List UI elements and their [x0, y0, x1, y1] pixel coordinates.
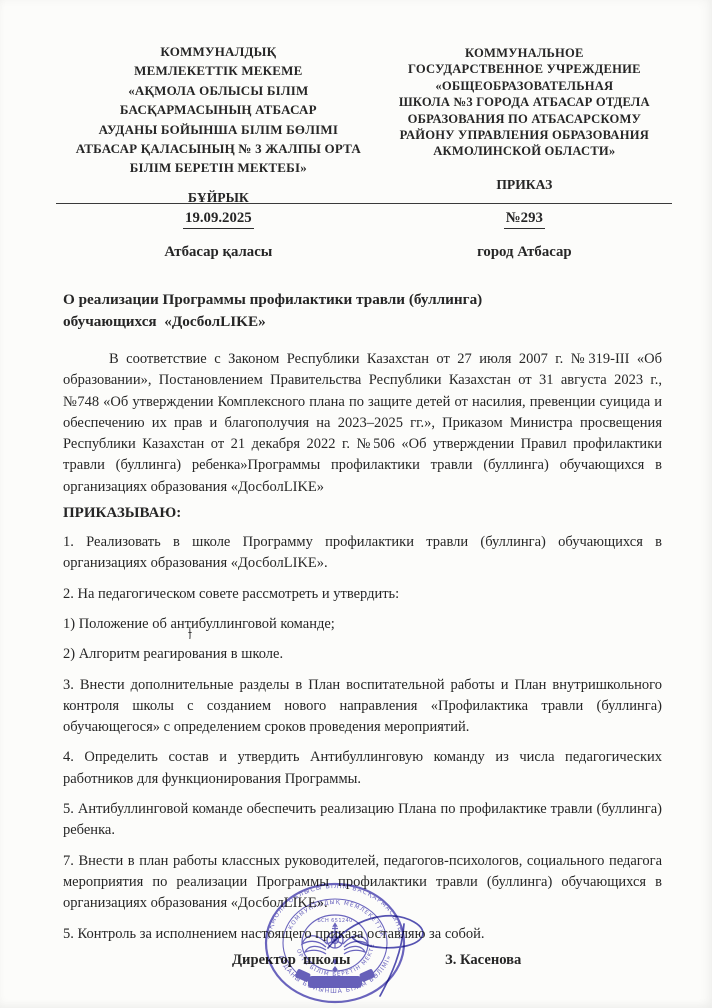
city-row: Атбасар қаласы город Атбасар — [0, 244, 712, 261]
order-item: 2) Алгоритм реагирования в школе. — [63, 644, 662, 665]
document-header: КОММУНАЛДЫҚ МЕМЛЕКЕТТІК МЕКЕМЕ «АҚМОЛА О… — [0, 42, 712, 203]
city-kazakh: Атбасар қаласы — [56, 244, 381, 261]
order-date-cell: 19.09.2025 — [56, 209, 381, 229]
doc-type-kazakh: БҰЙРЫК — [56, 190, 381, 206]
order-date: 19.09.2025 — [183, 210, 254, 229]
order-item: 4. Определить состав и утвердить Антибул… — [63, 747, 662, 790]
order-item: 5. Антибуллинговой команде обеспечить ре… — [63, 799, 662, 842]
order-item: 1) Положение об антибуллинговой команде; — [63, 614, 662, 635]
header-left-column: КОММУНАЛДЫҚ МЕМЛЕКЕТТІК МЕКЕМЕ «АҚМОЛА О… — [56, 42, 381, 203]
org-name-russian: КОММУНАЛЬНОЕ ГОСУДАРСТВЕННОЕ УЧРЕЖДЕНИЕ … — [381, 45, 668, 160]
order-number-cell: №293 — [381, 209, 668, 229]
doc-type-russian: ПРИКАЗ — [381, 177, 668, 193]
city-russian: город Атбасар — [381, 244, 668, 261]
order-item: 1. Реализовать в школе Программу профила… — [63, 532, 662, 575]
scanned-order-document: КОММУНАЛДЫҚ МЕМЛЕКЕТТІК МЕКЕМЕ «АҚМОЛА О… — [0, 0, 712, 1008]
pen-signature — [300, 880, 600, 1008]
order-number: №293 — [504, 210, 545, 229]
order-title: О реализации Программы профилактики трав… — [63, 289, 662, 333]
header-right-column: КОММУНАЛЬНОЕ ГОСУДАРСТВЕННОЕ УЧРЕЖДЕНИЕ … — [381, 42, 668, 203]
date-number-row: 19.09.2025 №293 — [0, 209, 712, 229]
order-item: 3. Внести дополнительные разделы в План … — [63, 675, 662, 739]
org-name-kazakh: КОММУНАЛДЫҚ МЕМЛЕКЕТТІК МЕКЕМЕ «АҚМОЛА О… — [56, 42, 381, 178]
preamble-paragraph: В соответствие с Законом Республики Каза… — [63, 349, 662, 498]
resolution-word: ПРИКАЗЫВАЮ: — [63, 505, 662, 522]
ink-artifact — [188, 627, 192, 639]
order-item: 2. На педагогическом совете рассмотреть … — [63, 584, 662, 605]
